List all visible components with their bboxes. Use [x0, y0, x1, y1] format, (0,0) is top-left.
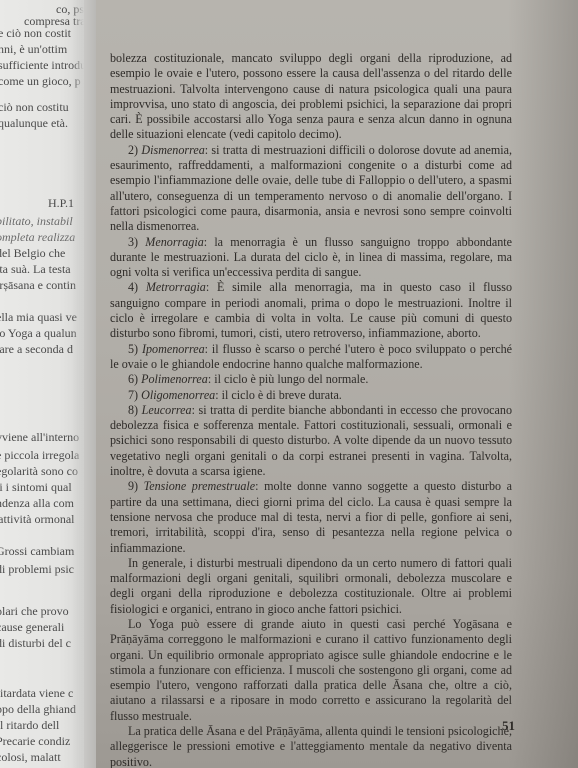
left-page-line: bilitato, instabil [0, 214, 73, 229]
paragraph-ipomenorrea: 5) Ipomenorrea: il flusso è scarso o per… [110, 342, 512, 373]
term: Oligomenorrea [141, 388, 215, 402]
left-page-line: ompleta realizza [0, 230, 75, 245]
left-page-line: di problemi psic [0, 562, 74, 577]
left-page-line: iare a seconda d [0, 342, 73, 357]
paragraph-text: : il ciclo è di breve durata. [215, 388, 342, 402]
term: Metrorragia [146, 280, 206, 294]
item-number: 4) [128, 280, 138, 294]
paragraph-text: La pratica delle Āsana e del Prāṇāyāma, … [110, 724, 512, 768]
paragraph-yoga-aiuto: Lo Yoga può essere di grande aiuto in qu… [110, 617, 512, 724]
left-page-line: vviene all'interno [0, 430, 79, 445]
page-number: 51 [502, 718, 515, 734]
item-number: 3) [128, 235, 138, 249]
paragraph-in-generale: In generale, i disturbi mestruali dipend… [110, 556, 512, 617]
left-page-line: nni, è un'ottim [0, 42, 67, 57]
page-curl-shadow [72, 0, 84, 768]
paragraph-oligomenorrea: 7) Oligomenorrea: il ciclo è di breve du… [110, 388, 512, 403]
item-number: 2) [128, 143, 138, 157]
left-page-line: Grossi cambiam [0, 544, 74, 559]
left-page-line: come un gioco, p [0, 74, 81, 89]
left-page-line: lo Yoga a qualun [0, 326, 77, 341]
paragraph-metrorragia: 4) Metrorragia: È simile alla menorragia… [110, 280, 512, 341]
left-page-line: e piccola irregola [0, 448, 79, 463]
paragraph-text: : il ciclo è più lungo del normale. [208, 372, 369, 386]
left-page-line: del Belgio che [0, 246, 65, 261]
left-page-line: Precarie condiz [0, 734, 70, 749]
left-page-line: ppo della ghiand [0, 702, 76, 717]
paragraph-text: bolezza costituzionale, mancato sviluppo… [110, 51, 512, 141]
paragraph-polimenorrea: 6) Polimenorrea: il ciclo è più lungo de… [110, 372, 512, 387]
left-page-line: ti i sintomi qual [0, 480, 72, 495]
term: Tensione premestruale [144, 479, 256, 493]
item-number: 6) [128, 372, 138, 386]
item-number: 7) [128, 388, 138, 402]
left-page-line: qualunque età. [0, 116, 68, 131]
right-page: bolezza costituzionale, mancato sviluppo… [96, 0, 578, 768]
paragraph-dismenorrea: 2) Dismenorrea: si tratta di mestruazion… [110, 143, 512, 235]
left-page-line: ita suà. La testa [0, 262, 71, 277]
left-page-line: Il ritardo dell [0, 718, 59, 733]
body-text: bolezza costituzionale, mancato sviluppo… [110, 51, 512, 768]
left-page-line: olari che provo [0, 604, 69, 619]
left-page-line: di disturbi del c [0, 636, 71, 651]
paragraph-text: In generale, i disturbi mestruali dipend… [110, 556, 512, 616]
paragraph-pratica: La pratica delle Āsana e del Prāṇāyāma, … [110, 724, 512, 768]
paragraph-text: Lo Yoga può essere di grande aiuto in qu… [110, 617, 512, 723]
left-page: co, psicocompresa tra ie ciò non costitn… [0, 0, 84, 768]
left-page-line: ndenza alla com [0, 496, 74, 511]
item-number: 8) [128, 403, 138, 417]
left-page-line: egolarità sono co [0, 464, 78, 479]
term: Leucorrea [142, 403, 192, 417]
paragraph-leucorrea: 8) Leucorrea: si tratta di perdite bianc… [110, 403, 512, 479]
term: Menorragia [145, 235, 203, 249]
left-page-line: ritardata viene c [0, 686, 73, 701]
left-page-line: e ciò non costit [0, 26, 71, 41]
term: Ipomenorrea [142, 342, 205, 356]
term: Polimenorrea [141, 372, 208, 386]
left-page-line: irșāsana e contin [0, 278, 76, 293]
paragraph-menorragia: 3) Menorragia: la menorragia è un flusso… [110, 235, 512, 281]
left-page-line: 'attività ormonal [0, 512, 74, 527]
paragraph-amenorrea-continued: bolezza costituzionale, mancato sviluppo… [110, 51, 512, 143]
item-number: 5) [128, 342, 138, 356]
left-page-line: ciò non costitu [0, 100, 69, 115]
left-page-line: colosi, malatt [0, 750, 61, 765]
left-page-line: ella mia quasi ve [0, 310, 77, 325]
term: Dismenorrea [141, 143, 204, 157]
left-page-line: cause generali [0, 620, 64, 635]
paragraph-tensione-premestruale: 9) Tensione premestruale: molte donne va… [110, 479, 512, 555]
left-page-line: H.P.1 [48, 196, 74, 211]
item-number: 9) [128, 479, 138, 493]
